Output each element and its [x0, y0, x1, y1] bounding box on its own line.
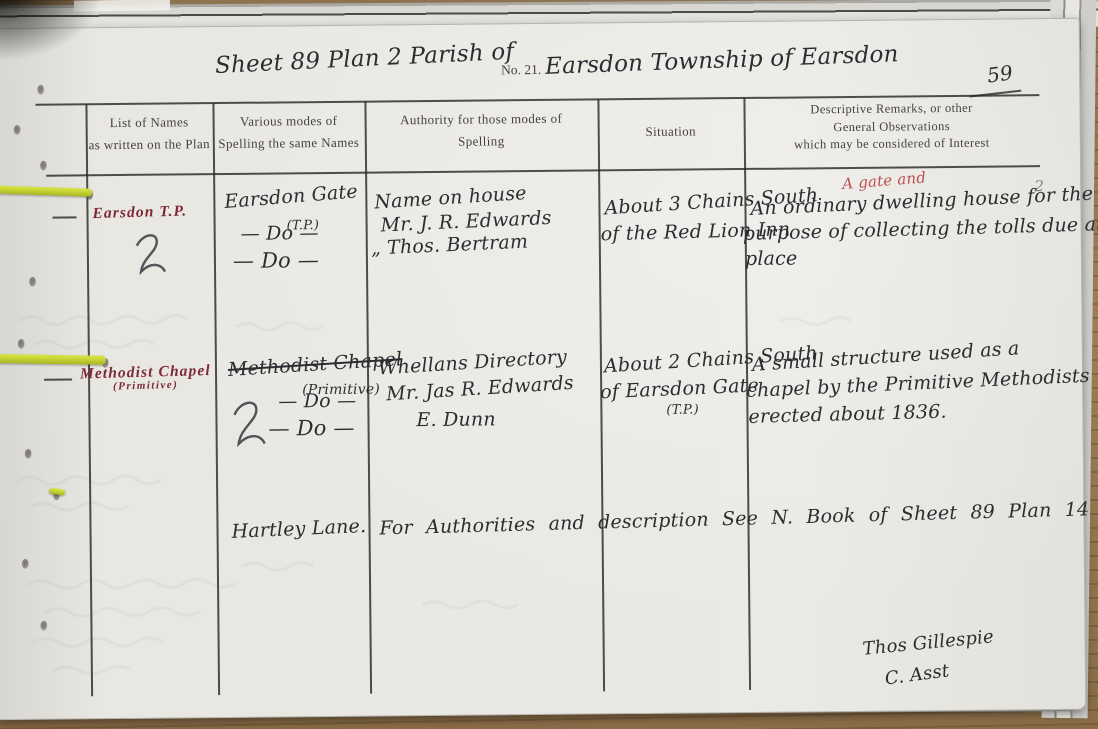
column-heading-situation: Situation [598, 120, 744, 143]
entry-2-name-stamp: Methodist Chapel (Primitive) [80, 362, 212, 394]
binding-hole [22, 559, 29, 569]
column-heading-line: Spelling the same Names [213, 132, 365, 155]
spine-tape [74, 0, 170, 12]
binding-hole [37, 85, 44, 95]
column-heading-line: Authority for those modes of [365, 107, 598, 131]
column-heading-names: List of Names as written on the Plan [86, 111, 213, 156]
leader-dash [53, 216, 77, 218]
binding-hole [18, 339, 25, 349]
column-heading-line: List of Names [86, 111, 213, 134]
column-heading-line: which may be considered of Interest [744, 134, 1040, 154]
entry-1-spelling-line: — Do — [241, 222, 319, 245]
binding-hole [14, 125, 21, 135]
entry-1-name-stamp: Earsdon T.P. [92, 203, 187, 224]
leader-dash [44, 378, 72, 380]
column-heading-line: as written on the Plan [86, 133, 213, 156]
column-heading-spelling-modes: Various modes of Spelling the same Names [213, 110, 365, 155]
entry-1-spelling-line: — Do — [233, 248, 319, 273]
binding-hole [25, 449, 32, 459]
no-21-label: No. 21. [501, 62, 541, 78]
entry-1-remarks-line: place [745, 247, 798, 270]
binding-hole [40, 621, 47, 631]
binding-thread [0, 354, 106, 365]
entry-2-situation-line: (T.P.) [666, 402, 699, 417]
entry-1-checkmark [131, 232, 171, 278]
entry-2-spelling-line: — Do — [278, 390, 356, 413]
entry-2-checkmark [228, 399, 270, 451]
page-number: 59 [986, 60, 1015, 87]
binding-hole [40, 161, 47, 171]
column-heading-line: Spelling [365, 129, 598, 153]
column-heading-line: Situation [598, 120, 744, 143]
entry-2-spelling-line: — Do — [268, 416, 354, 441]
column-heading-authority: Authority for those modes of Spelling [365, 107, 598, 153]
column-heading-line: Various modes of [213, 110, 365, 133]
column-heading-remarks: Descriptive Remarks, or other General Ob… [743, 99, 1039, 154]
entry-2-authority-line: E. Dunn [416, 408, 496, 431]
name-book-page: Sheet 89 Plan 2 Parish of No. 21. Earsdo… [0, 19, 1085, 719]
name-book-photograph: Sheet 89 Plan 2 Parish of No. 21. Earsdo… [0, 0, 1098, 729]
binding-hole [29, 277, 36, 287]
